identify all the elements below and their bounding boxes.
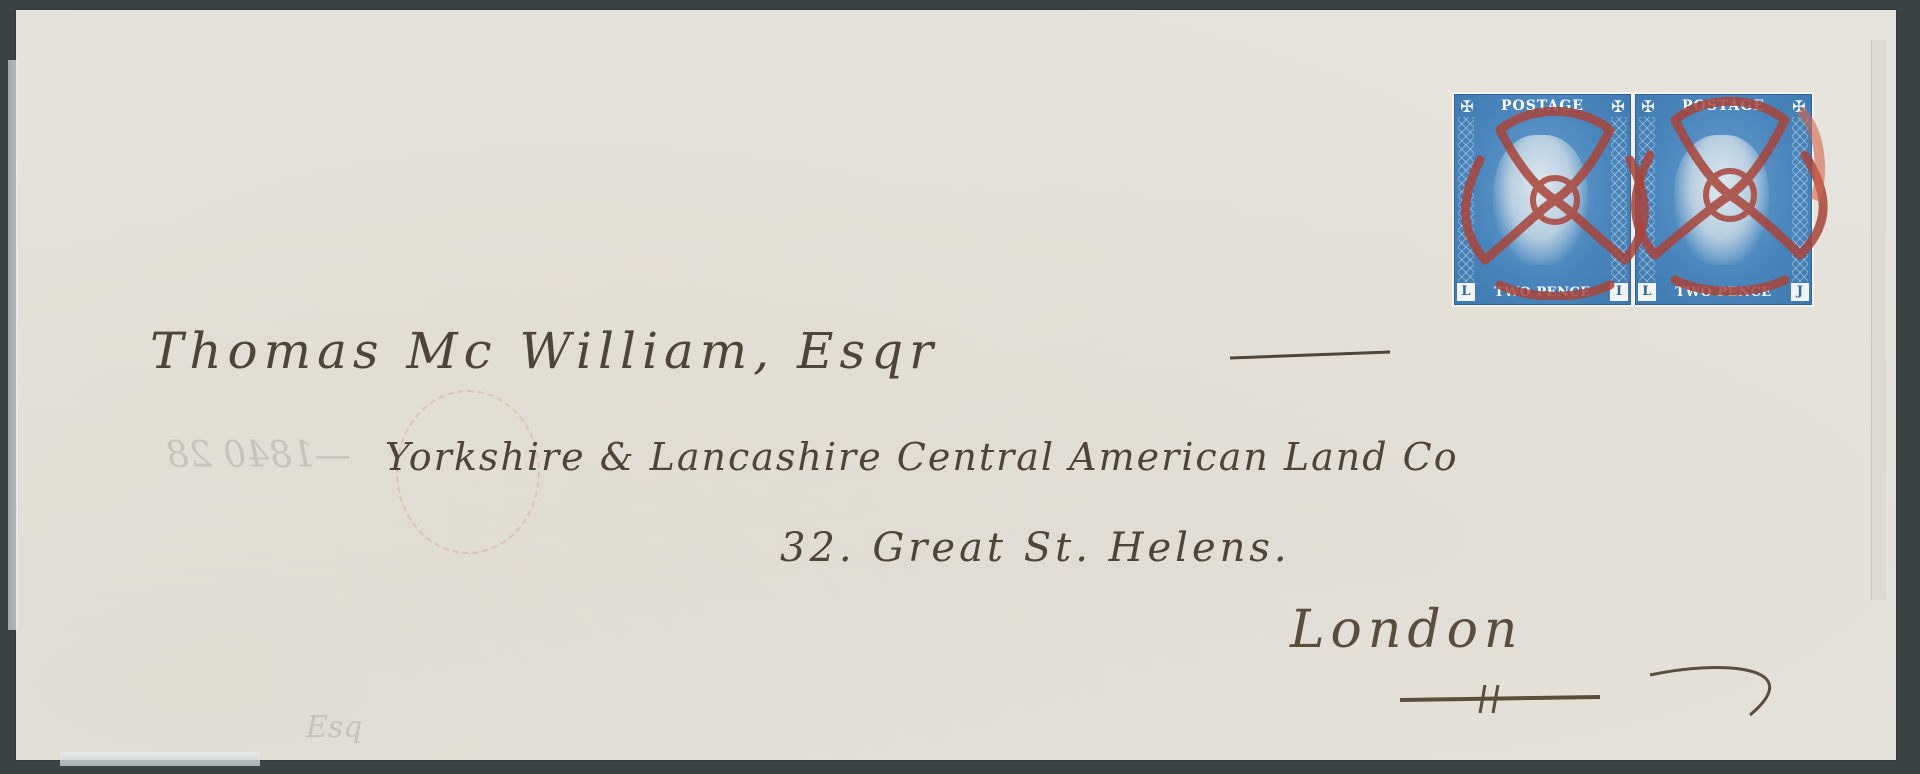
check-letter-left: L bbox=[1457, 283, 1475, 301]
faint-offset-date: —1840 28 bbox=[166, 435, 351, 476]
star-ornament-icon: ✠ bbox=[1457, 97, 1477, 117]
stamp-side-pattern bbox=[1639, 117, 1655, 282]
mounting-tape-left bbox=[8, 60, 18, 630]
star-ornament-icon: ✠ bbox=[1789, 97, 1809, 117]
address-company: Yorkshire & Lancashire Central American … bbox=[385, 435, 1459, 479]
star-ornament-icon: ✠ bbox=[1638, 97, 1658, 117]
stamp-top-label: POSTAGE bbox=[1660, 98, 1787, 114]
stamp-pair: ✠ ✠ POSTAGE L TWO PENCE I ✠ ✠ POSTAGE L … bbox=[1452, 92, 1814, 307]
address-street: 32. Great St. Helens. bbox=[780, 525, 1291, 571]
stamp-value: TWO PENCE bbox=[1477, 285, 1608, 300]
stamp-side-pattern bbox=[1458, 117, 1474, 282]
stamp-bottom-row: L TWO PENCE J bbox=[1638, 282, 1809, 302]
stamp-bottom-row: L TWO PENCE I bbox=[1457, 282, 1628, 302]
stamp-left: ✠ ✠ POSTAGE L TWO PENCE I bbox=[1454, 94, 1631, 305]
envelope-edge bbox=[1871, 40, 1886, 600]
stamp-right: ✠ ✠ POSTAGE L TWO PENCE J bbox=[1635, 94, 1812, 305]
star-ornament-icon: ✠ bbox=[1608, 97, 1628, 117]
stamp-value: TWO PENCE bbox=[1658, 285, 1789, 300]
stamp-top-label: POSTAGE bbox=[1479, 98, 1606, 114]
queen-portrait bbox=[1493, 135, 1588, 265]
faint-offset-text: Esq bbox=[306, 710, 363, 745]
stamp-side-pattern bbox=[1792, 117, 1808, 282]
address-city: London bbox=[1290, 600, 1523, 660]
address-recipient: Thomas Mc William, Esqr bbox=[150, 322, 939, 380]
check-letter-left: L bbox=[1638, 283, 1656, 301]
mounting-tape-bottom bbox=[60, 752, 260, 766]
queen-portrait bbox=[1674, 135, 1769, 265]
check-letter-right: I bbox=[1610, 283, 1628, 301]
stamp-side-pattern bbox=[1611, 117, 1627, 282]
check-letter-right: J bbox=[1791, 283, 1809, 301]
